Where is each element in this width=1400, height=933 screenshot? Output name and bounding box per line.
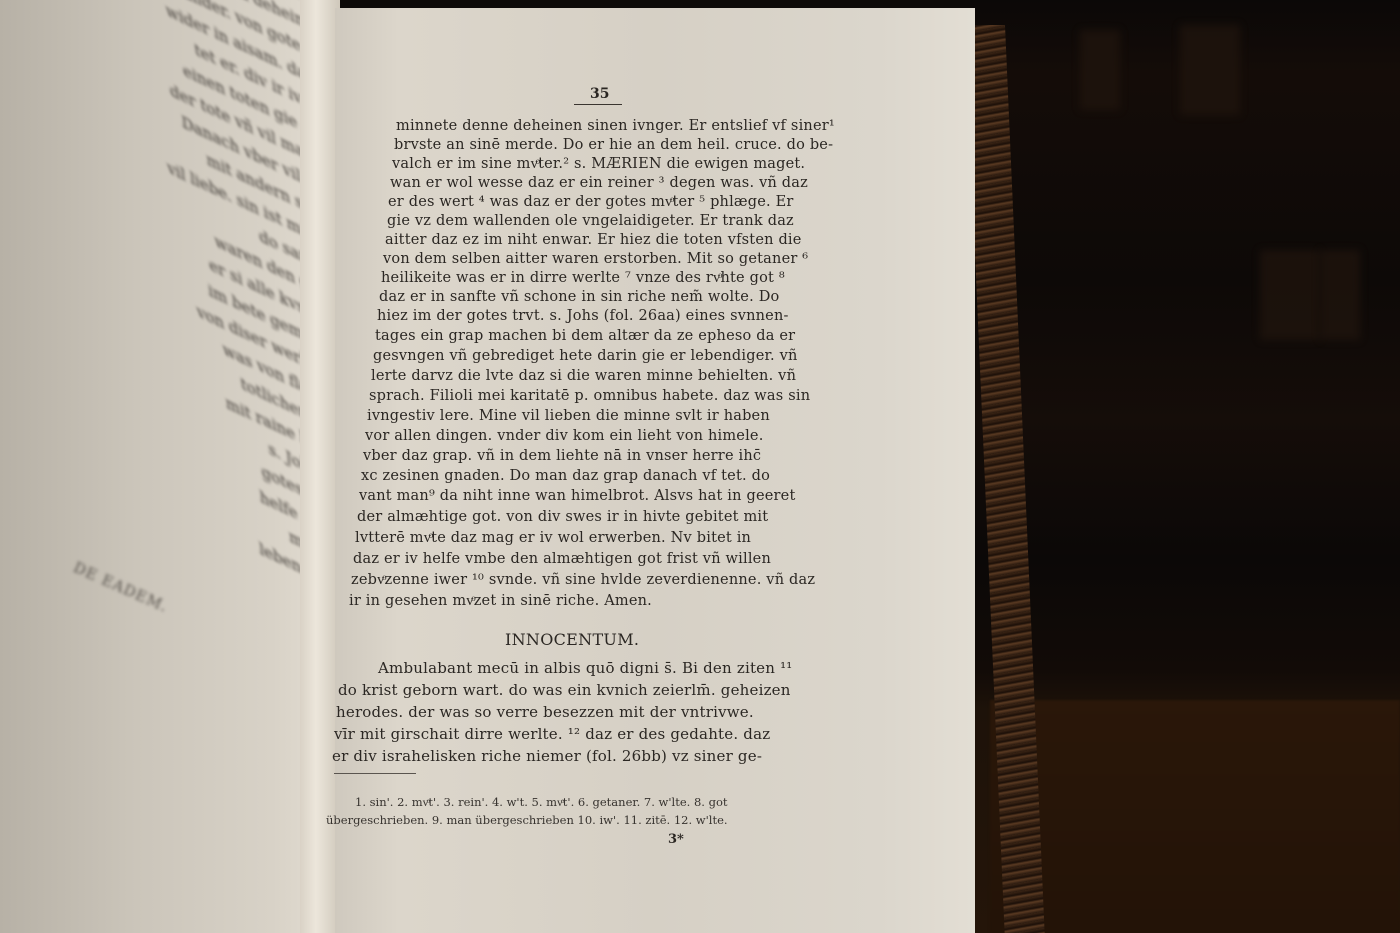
text-line: brvste an sinē merde. Do er hie an dem h… (394, 137, 833, 153)
text-line: er des wert ⁴ was daz er der gotes mvͦte… (388, 194, 794, 211)
text-line: vber daz grap. vñ in dem liehte nā in vn… (363, 448, 761, 464)
text-line: er div israhelisken riche niemer (fol. 2… (332, 747, 762, 765)
page-number-rule (574, 104, 622, 105)
text-line: do krist geborn wart. do was ein kvnich … (338, 681, 791, 699)
text-line: hiez im der gotes trvt. s. Johs (fol. 26… (377, 308, 789, 324)
text-line: der almæhtige got. von div swes ir in hi… (357, 509, 768, 525)
text-line: lvtterē mvͦte daz mag er iv wol erwerben… (355, 530, 751, 547)
page-number: 35 (590, 86, 609, 102)
section-heading: INNOCENTUM. (505, 630, 639, 649)
text-line: gie vz dem wallenden ole vngelaidigeter.… (387, 213, 794, 229)
signature-mark: 3* (668, 832, 684, 847)
text-line: vīr mit girschait dirre werlte. ¹² daz e… (334, 725, 770, 743)
text-line: daz er in sanfte vñ schone in sin riche … (379, 289, 779, 305)
text-line: minnete denne deheinen sinen ivnger. Er … (396, 118, 835, 134)
text-line: vant man⁹ da niht inne wan himelbrot. Al… (359, 488, 795, 504)
text-line: ivngestiv lere. Mine vil lieben die minn… (367, 408, 770, 424)
text-line: zebvͦzenne iwer ¹⁰ svnde. vñ sine hvlde … (351, 572, 815, 589)
text-line: daz er iv helfe vmbe den almæhtigen got … (353, 551, 771, 567)
text-line: gesvngen vñ gebrediget hete darin gie er… (373, 348, 798, 364)
photo-scene: geworfen. darvz gie er in das ellende. d… (0, 0, 1400, 933)
text-line: ir in gesehen mvͦzet in sinē riche. Amen… (349, 593, 652, 610)
text-line: heilikeite was er in dirre werlte ⁷ vnze… (381, 270, 785, 287)
text-line: tages ein grap machen bi dem altær da ze… (375, 328, 795, 344)
footnote-rule (334, 773, 416, 774)
text-line: sprach. Filioli mei karitatē p. omnibus … (369, 388, 810, 404)
footnote-line: 1. sin'. 2. mvͦt'. 3. rein'. 4. w't. 5. … (355, 795, 728, 809)
text-line: von dem selben aitter waren erstorben. M… (383, 251, 808, 267)
text-line: vor allen dingen. vnder div kom ein lieh… (365, 428, 764, 444)
text-line: wan er wol wesse daz er ein reiner ³ deg… (390, 175, 808, 191)
footnote-line: übergeschrieben. 9. man übergeschrieben … (326, 813, 728, 827)
text-line: Ambulabant mecū in albis quō digni s̄. B… (378, 659, 793, 677)
text-line: lerte darvz die lvte daz si die waren mi… (371, 368, 796, 384)
text-line: valch er im sine mvͦter.² s. MÆRIEN die … (392, 156, 805, 173)
text-line: aitter daz ez im niht enwar. Er hiez die… (385, 232, 802, 248)
text-line: xc zesinen gnaden. Do man daz grap danac… (361, 468, 770, 484)
right-page-content: 35 minnete denne deheinen sinen ivnger. … (0, 0, 1400, 933)
text-line: herodes. der was so verre besezzen mit d… (336, 703, 754, 721)
